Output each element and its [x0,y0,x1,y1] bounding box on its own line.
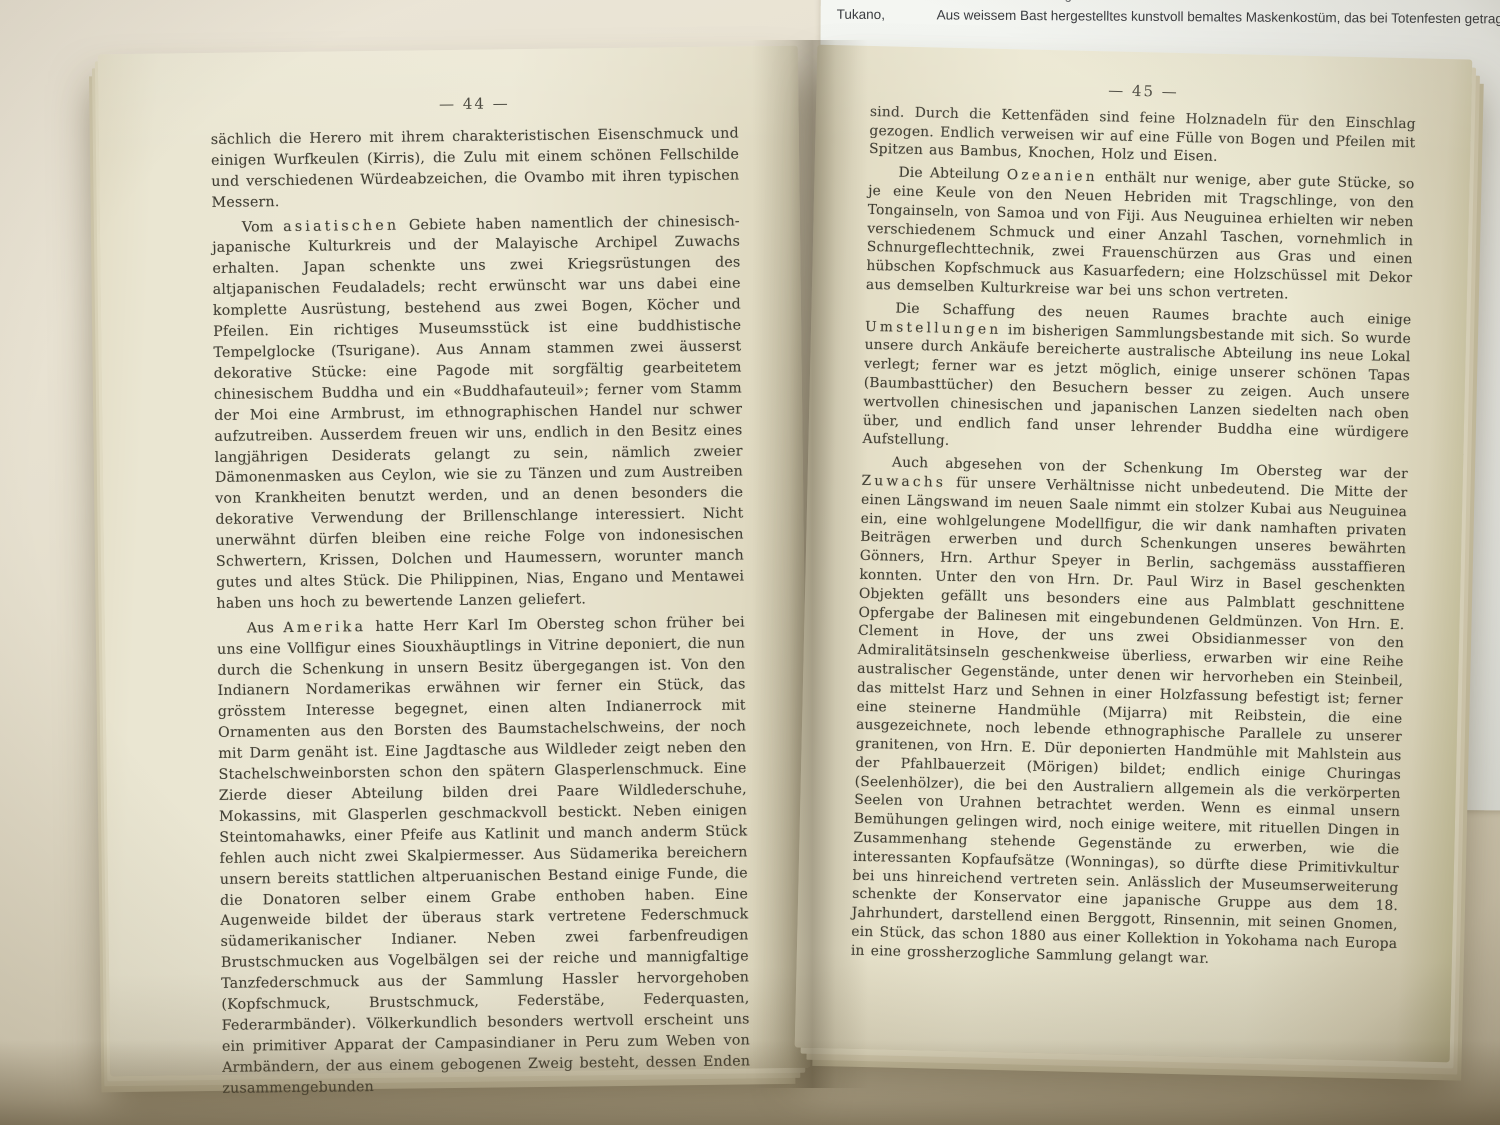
left-page: — 44 — sächlich die Herero mit ihrem cha… [98,46,810,1076]
paragraph: Die Abteilung Ozeanien enthält nur wenig… [866,163,1415,307]
sheet-partial-source: von: Sammlung Petersen [985,0,1125,3]
right-page: — 45 — sind. Durch die Kettenfäden sind … [795,45,1473,1063]
paragraph: Die Schaffung des neuen Raumes brachte a… [862,299,1411,462]
sheet-partial-label: Kat. [901,0,923,1]
book-photo-scene: { "background_sheet": { "top_partial_lab… [0,0,1500,1125]
paragraph: Auch abgesehen von der Schenkung Im Ober… [851,453,1408,973]
sheet-row-text: Aus weissem Bast hergestelltes kunstvoll… [937,7,1500,26]
paragraph: Aus Amerika hatte Herr Karl Im Obersteg … [217,612,751,1099]
paragraph: Vom asiatischen Gebiete haben namentlich… [212,211,745,615]
page-number-left: — 44 — [210,90,738,117]
paragraph: sächlich die Herero mit ihrem charakteri… [211,123,740,213]
paragraph: sind. Durch die Kettenfäden sind feine H… [869,103,1416,172]
right-page-text: sind. Durch die Kettenfäden sind feine H… [851,103,1416,973]
page-number-right: — 45 — [870,76,1416,107]
sheet-row-label: Tukano, [837,7,885,22]
left-page-text: sächlich die Herero mit ihrem charakteri… [211,123,751,1099]
